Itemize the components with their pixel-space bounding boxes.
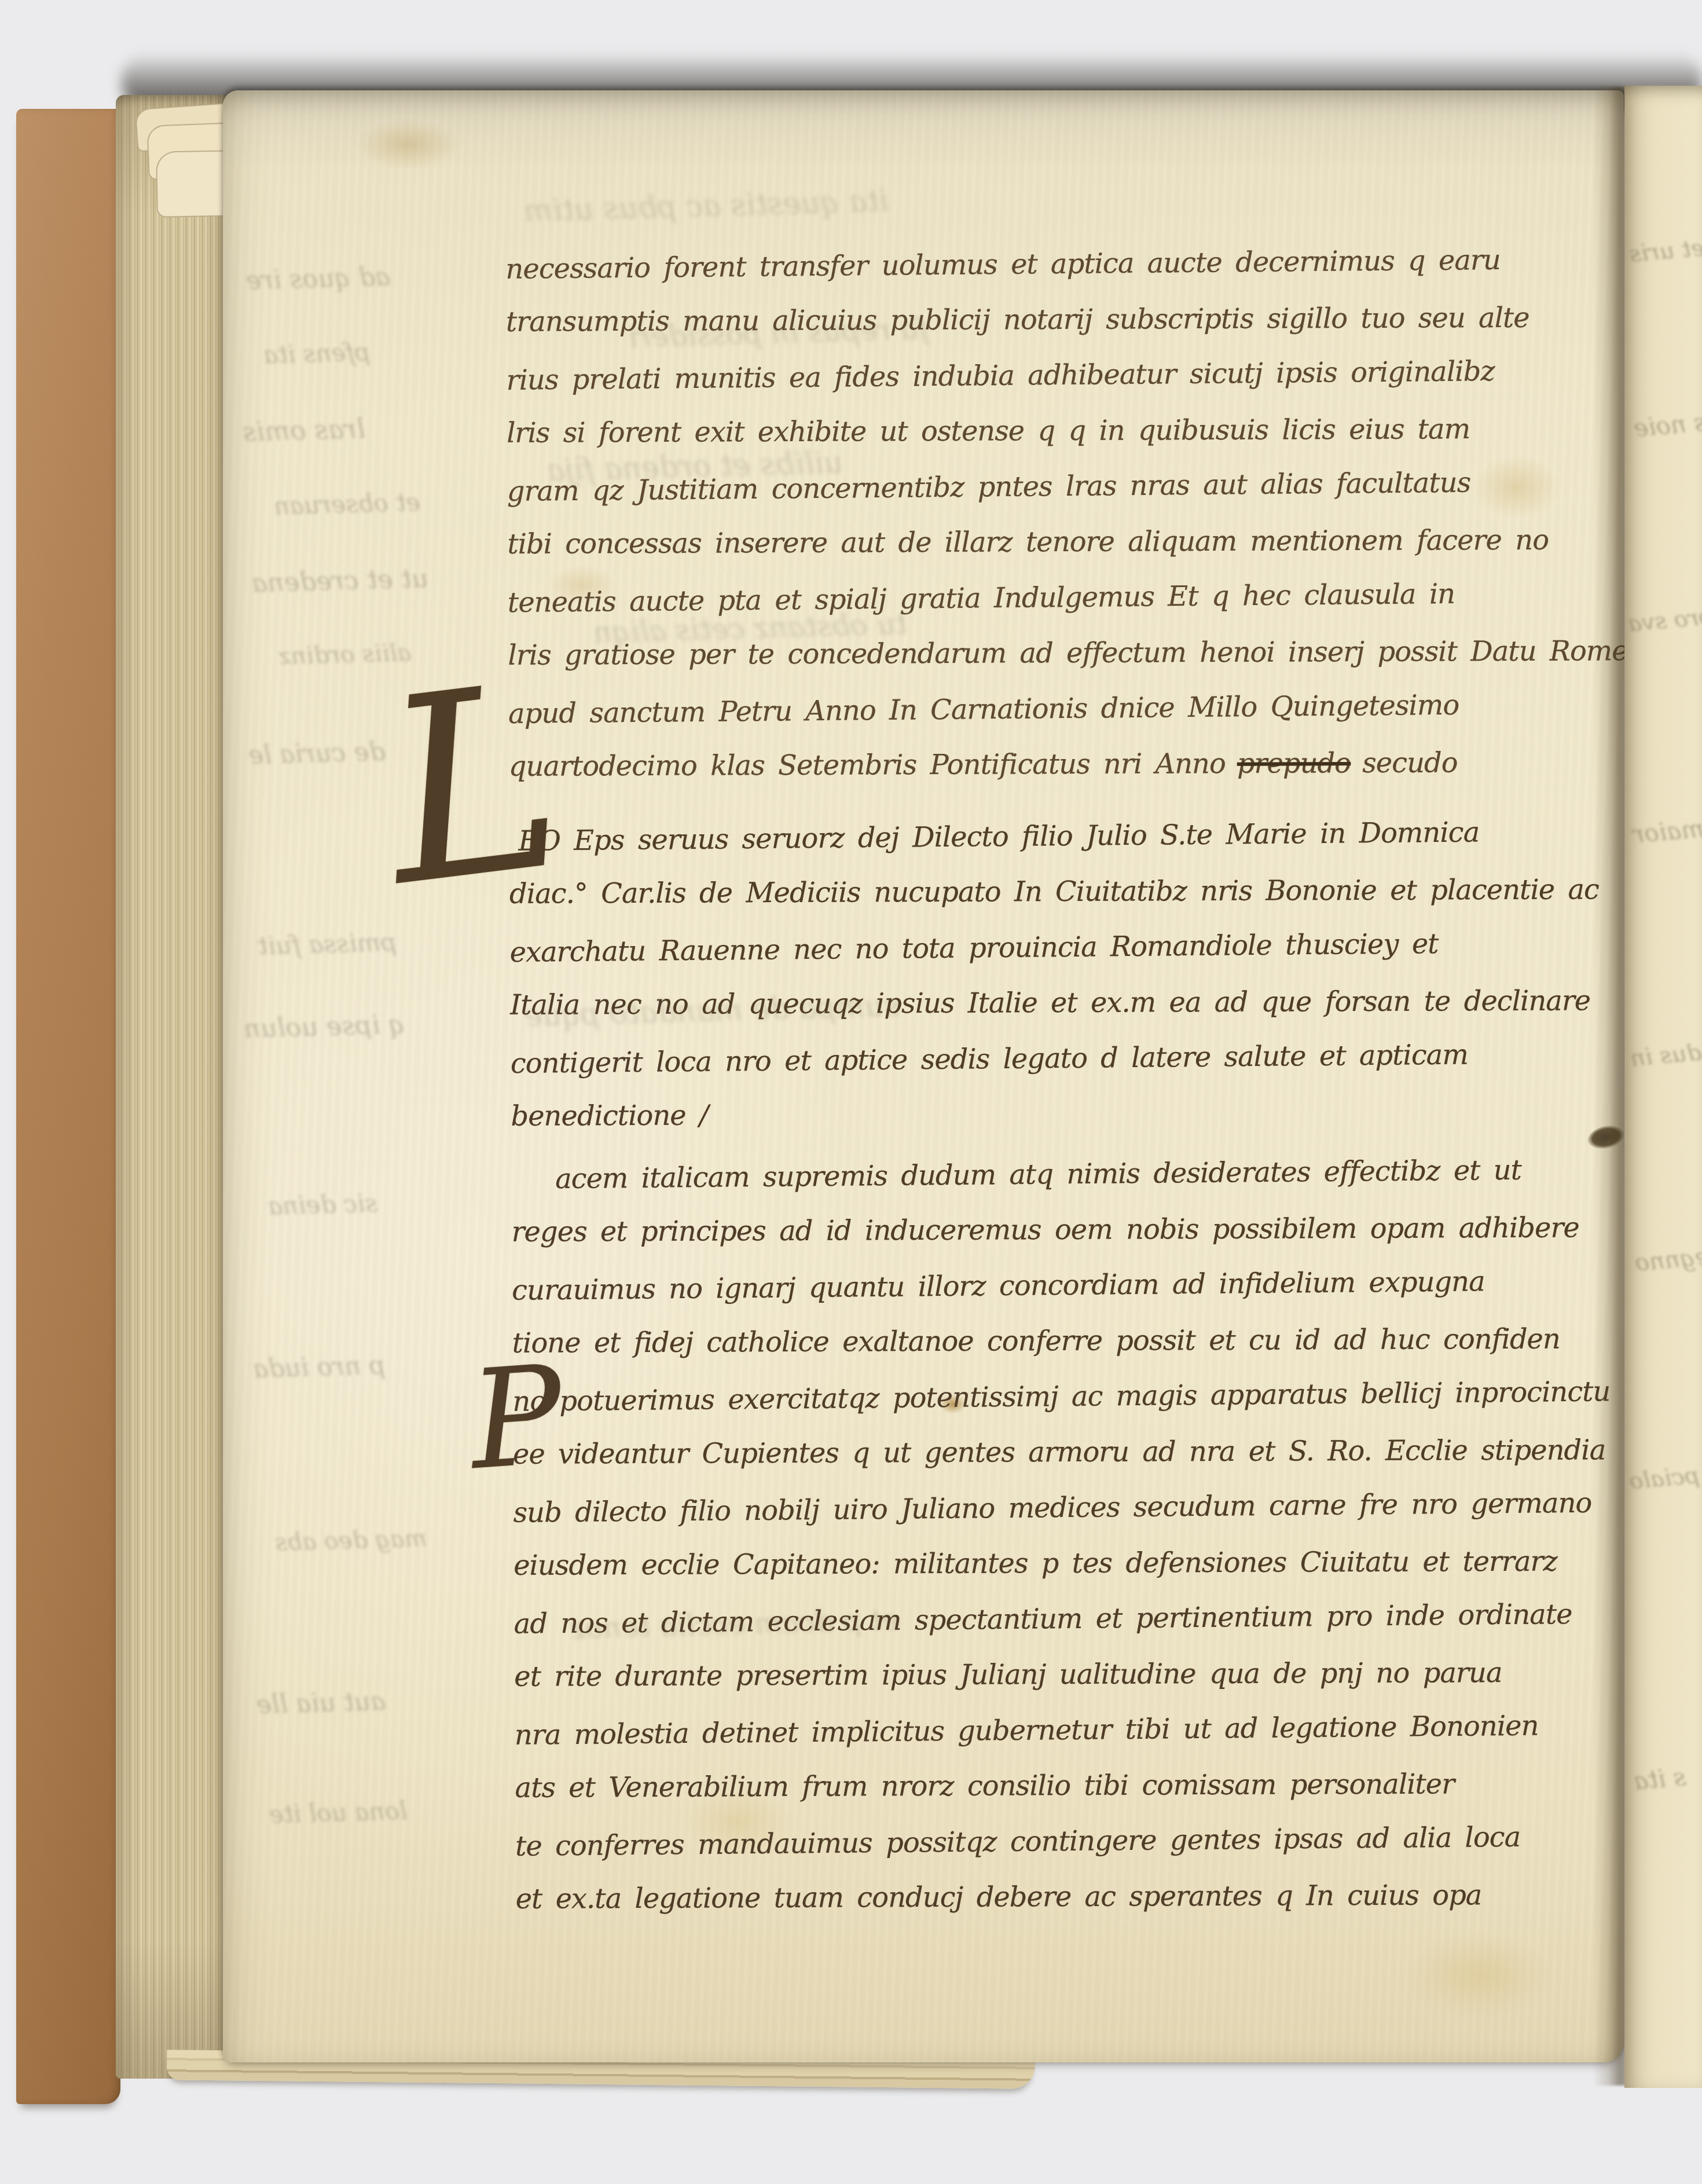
manuscript-line: contigerit loca nro et aptice sedis lega… [510, 1025, 1622, 1091]
manuscript-line: curauimus no ignarj quantu illorz concor… [512, 1252, 1624, 1318]
manuscript-line: ee videantur Cupientes q ut gentes armor… [513, 1422, 1624, 1482]
bleed-through-fragment: lau maior [1631, 810, 1702, 848]
manuscript-line: lris gratiose per te concedendarum ad ef… [508, 623, 1619, 683]
stain [1404, 1932, 1554, 2018]
manuscript-line: benedictione / [511, 1084, 1622, 1144]
manuscript-line: te conferres mandauimus possitqz conting… [515, 1808, 1627, 1874]
manuscript-line: sub dilecto filio nobilj uiro Juliano me… [513, 1475, 1625, 1541]
manuscript-line: nra molestia detinet implicitus gubernet… [514, 1697, 1626, 1763]
bleed-through-fragment: et obseruan [273, 488, 420, 520]
bleed-through-fragment: ad quos ire [245, 262, 390, 296]
dateline: quartodecimo klas Setembris Pontificatus… [508, 734, 1620, 794]
bleed-through-fragment: s ita [1633, 1762, 1687, 1795]
manuscript-line: rius prelati munitis ea fides indubia ad… [506, 342, 1618, 408]
manuscript-page: ad quos ire pfens ita lras omis et obser… [223, 90, 1624, 2062]
struck-word: prepudo [1237, 747, 1351, 780]
manuscript-line: no potuerimus exercitatqz potentissimj a… [512, 1364, 1624, 1430]
paragraph-1: necessario forent transfer uolumus et ap… [505, 233, 1620, 796]
manuscript-line: lris si forent exit exhibite ut ostense … [507, 401, 1618, 461]
manuscript-line: EO Eps seruus seruorz dej Dilecto filio … [518, 803, 1621, 869]
bleed-through-fragment: lona uol ite [269, 1797, 408, 1829]
paragraph-2: EO Eps seruus seruorz dej Dilecto filio … [509, 805, 1622, 1145]
manuscript-line: acem italicam supremis dudum atq nimis d… [555, 1141, 1623, 1207]
manuscript-line: teneatis aucte pta et spialj gratia Indu… [508, 565, 1620, 631]
manuscript-line: et rite durante presertim ipius Julianj … [514, 1644, 1626, 1705]
bleed-through-fragment: sic deina [267, 1189, 377, 1220]
manuscript-line: diac.° Car.lis de Mediciis nucupato In C… [509, 862, 1621, 922]
bleed-through-fragment: aut uia lle [256, 1687, 386, 1720]
bleed-through-fragment: pfens ita [263, 338, 371, 369]
bleed-through-fragment: lras omis [242, 413, 365, 448]
bleed-through-fragment: de curia le [248, 737, 386, 771]
bleed-through-fragment: ia pcialo [1628, 1460, 1702, 1495]
manuscript-line: tibi concessas inserere aut de illarz te… [507, 512, 1619, 572]
manuscript-line: transumptis manu alicuius publicij notar… [506, 290, 1617, 350]
paragraph-3: acem italicam supremis dudum atq nimis d… [511, 1143, 1627, 1928]
manuscript-line: reges et principes ad id induceremus oem… [511, 1200, 1623, 1260]
dateline-text: secudo [1362, 746, 1458, 779]
bleed-through-fragment: mag deo abs [274, 1524, 427, 1556]
stain [356, 118, 460, 170]
bleed-through-fragment: p nro iuda [252, 1351, 386, 1384]
manuscript-line: Italia nec no ad quecuqz ipsius Italie e… [510, 973, 1622, 1033]
manuscript-line: eiusdem ecclie Capitaneo: militantes p t… [513, 1533, 1625, 1593]
manuscript-line: necessario forent transfer uolumus et ap… [505, 231, 1617, 297]
manuscript-text: necessario forent transfer uolumus et ap… [505, 233, 1627, 1928]
manuscript-line: ats et Venerabilium frum nrorz consilio … [515, 1756, 1626, 1816]
bleed-through-fragment: ut et credena [251, 563, 428, 598]
bleed-through-fragment: q dus in [1629, 1037, 1702, 1072]
manuscript-scan: { "document": { "kind": "bound manuscrip… [0, 0, 1702, 2184]
manuscript-line: tione et fidej catholice exaltanoe confe… [512, 1311, 1624, 1371]
book-cover-edge [16, 109, 120, 2104]
bleed-through-fragment: pmissa fuit [257, 928, 397, 961]
dateline-text: quartodecimo klas Setembris Pontificatus… [509, 747, 1226, 783]
bleed-through-fragment: q ipse uolun [243, 1009, 405, 1044]
manuscript-line: gram qz Justitiam concernentibz pntes lr… [507, 453, 1619, 519]
bleed-through-fragment: bis noie [1633, 406, 1702, 442]
bleed-through-fragment: et segnno [1634, 1238, 1702, 1276]
manuscript-line: ad nos et dictam ecclesiam spectantium e… [513, 1586, 1626, 1652]
manuscript-line: apud sanctum Petru Anno In Carnationis d… [508, 676, 1620, 742]
fore-edge-leaf-stack [116, 95, 229, 2079]
bleed-through-fragment: uz et uris [1628, 232, 1702, 267]
bleed-through-fragment: pro sva [1627, 603, 1702, 637]
facing-page-strip: uz et uris bis noie pro sva lau maior q … [1624, 86, 1702, 2088]
manuscript-line: exarchatu Rauenne nec no tota prouincia … [509, 914, 1622, 980]
manuscript-line: et ex.ta legatione tuam conducj debere a… [515, 1867, 1627, 1927]
